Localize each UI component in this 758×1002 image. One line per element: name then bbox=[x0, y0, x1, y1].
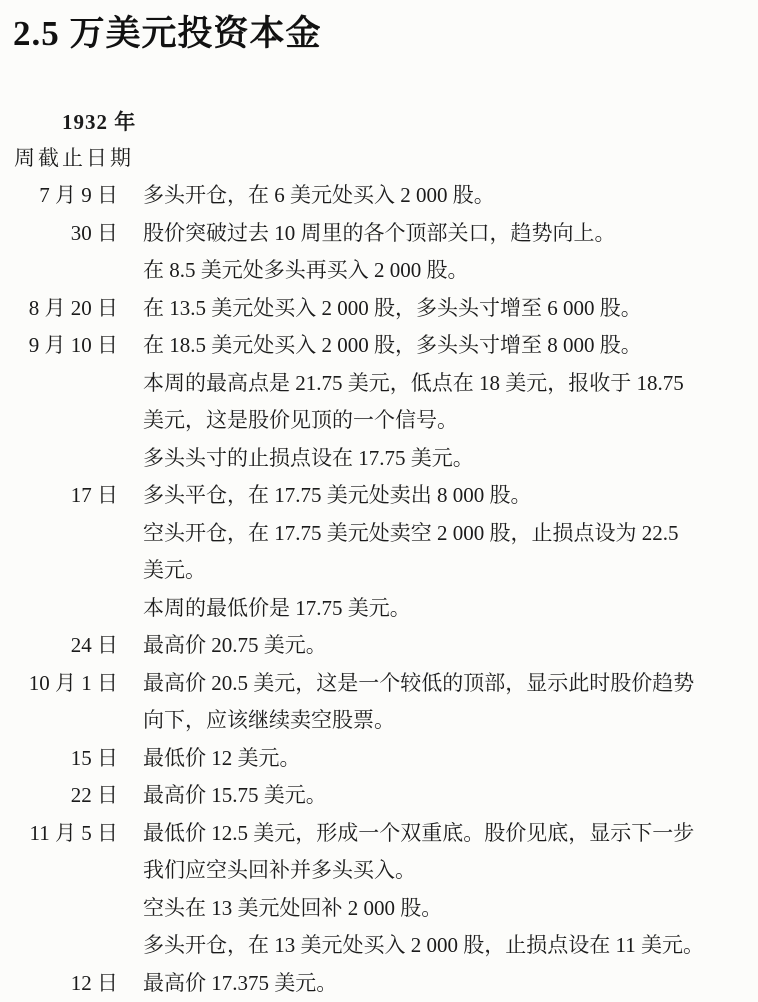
entry-list: 7 月 9 日 多头开仓，在 6 美元处买入 2 000 股。 30 日 股价突… bbox=[0, 177, 758, 1002]
entry-row: 向下，应该继续卖空股票。 bbox=[0, 702, 758, 740]
entry-row: 10 月 1 日 最高价 20.5 美元，这是一个较低的顶部，显示此时股价趋势 bbox=[0, 665, 758, 703]
entry-row: 24 日 最高价 20.75 美元。 bbox=[0, 627, 758, 665]
entry-text: 股价突破过去 10 周里的各个顶部关口，趋势向上。 bbox=[143, 215, 616, 253]
entry-text: 多头平仓，在 17.75 美元处卖出 8 000 股。 bbox=[143, 477, 532, 515]
entry-text: 在 8.5 美元处多头再买入 2 000 股。 bbox=[143, 252, 469, 290]
entry-text: 在 13.5 美元处买入 2 000 股，多头头寸增至 6 000 股。 bbox=[143, 290, 642, 328]
entry-text: 空头开仓，在 17.75 美元处卖空 2 000 股，止损点设为 22.5 bbox=[143, 515, 679, 553]
entry-text: 美元，这是股价见顶的一个信号。 bbox=[143, 402, 458, 440]
entry-date: 7 月 9 日 bbox=[0, 177, 118, 215]
column-heading: 周截止日期 bbox=[14, 142, 134, 172]
entry-date: 12 日 bbox=[0, 965, 118, 1002]
entry-row: 本周的最低价是 17.75 美元。 bbox=[0, 590, 758, 628]
entry-text: 在 18.5 美元处买入 2 000 股，多头头寸增至 8 000 股。 bbox=[143, 327, 642, 365]
entry-text: 多头头寸的止损点设在 17.75 美元。 bbox=[143, 440, 474, 478]
entry-row: 我们应空头回补并多头买入。 bbox=[0, 852, 758, 890]
entry-row: 美元，这是股价见顶的一个信号。 bbox=[0, 402, 758, 440]
entry-row: 在 8.5 美元处多头再买入 2 000 股。 bbox=[0, 252, 758, 290]
entry-row: 本周的最高点是 21.75 美元，低点在 18 美元，报收于 18.75 bbox=[0, 365, 758, 403]
entry-row: 空头开仓，在 17.75 美元处卖空 2 000 股，止损点设为 22.5 bbox=[0, 515, 758, 553]
entry-date: 24 日 bbox=[0, 627, 118, 665]
book-page: 2.5 万美元投资本金 1932 年 周截止日期 7 月 9 日 多头开仓，在 … bbox=[0, 0, 758, 1002]
entry-date: 8 月 20 日 bbox=[0, 290, 118, 328]
entry-date: 17 日 bbox=[0, 477, 118, 515]
entry-row: 7 月 9 日 多头开仓，在 6 美元处买入 2 000 股。 bbox=[0, 177, 758, 215]
entry-text: 最高价 15.75 美元。 bbox=[143, 777, 327, 815]
entry-row: 8 月 20 日 在 13.5 美元处买入 2 000 股，多头头寸增至 6 0… bbox=[0, 290, 758, 328]
entry-row: 30 日 股价突破过去 10 周里的各个顶部关口，趋势向上。 bbox=[0, 215, 758, 253]
entry-date: 10 月 1 日 bbox=[0, 665, 118, 703]
entry-text: 美元。 bbox=[143, 552, 206, 590]
entry-text: 本周的最高点是 21.75 美元，低点在 18 美元，报收于 18.75 bbox=[143, 365, 684, 403]
entry-date: 15 日 bbox=[0, 740, 118, 778]
entry-row: 15 日 最低价 12 美元。 bbox=[0, 740, 758, 778]
entry-row: 12 日 最高价 17.375 美元。 bbox=[0, 965, 758, 1002]
entry-date: 30 日 bbox=[0, 215, 118, 253]
entry-text: 最高价 20.75 美元。 bbox=[143, 627, 327, 665]
entry-text: 向下，应该继续卖空股票。 bbox=[143, 702, 395, 740]
entry-text: 空头在 13 美元处回补 2 000 股。 bbox=[143, 890, 442, 928]
entry-text: 我们应空头回补并多头买入。 bbox=[143, 852, 416, 890]
entry-row: 空头在 13 美元处回补 2 000 股。 bbox=[0, 890, 758, 928]
entry-text: 最低价 12.5 美元，形成一个双重底。股价见底，显示下一步 bbox=[143, 815, 694, 853]
entry-row: 多头开仓，在 13 美元处买入 2 000 股，止损点设在 11 美元。 bbox=[0, 927, 758, 965]
entry-row: 22 日 最高价 15.75 美元。 bbox=[0, 777, 758, 815]
entry-row: 17 日 多头平仓，在 17.75 美元处卖出 8 000 股。 bbox=[0, 477, 758, 515]
entry-date: 22 日 bbox=[0, 777, 118, 815]
entry-text: 多头开仓，在 6 美元处买入 2 000 股。 bbox=[143, 177, 495, 215]
entry-text: 最低价 12 美元。 bbox=[143, 740, 301, 778]
entry-row: 美元。 bbox=[0, 552, 758, 590]
section-title: 2.5 万美元投资本金 bbox=[13, 6, 322, 56]
entry-date: 9 月 10 日 bbox=[0, 327, 118, 365]
entry-text: 本周的最低价是 17.75 美元。 bbox=[143, 590, 411, 628]
entry-row: 9 月 10 日 在 18.5 美元处买入 2 000 股，多头头寸增至 8 0… bbox=[0, 327, 758, 365]
entry-row: 11 月 5 日 最低价 12.5 美元，形成一个双重底。股价见底，显示下一步 bbox=[0, 815, 758, 853]
entry-row: 多头头寸的止损点设在 17.75 美元。 bbox=[0, 440, 758, 478]
year-heading: 1932 年 bbox=[62, 106, 136, 136]
entry-date: 11 月 5 日 bbox=[0, 815, 118, 853]
entry-text: 最高价 17.375 美元。 bbox=[143, 965, 337, 1002]
entry-text: 最高价 20.5 美元，这是一个较低的顶部，显示此时股价趋势 bbox=[143, 665, 694, 703]
entry-text: 多头开仓，在 13 美元处买入 2 000 股，止损点设在 11 美元。 bbox=[143, 927, 704, 965]
